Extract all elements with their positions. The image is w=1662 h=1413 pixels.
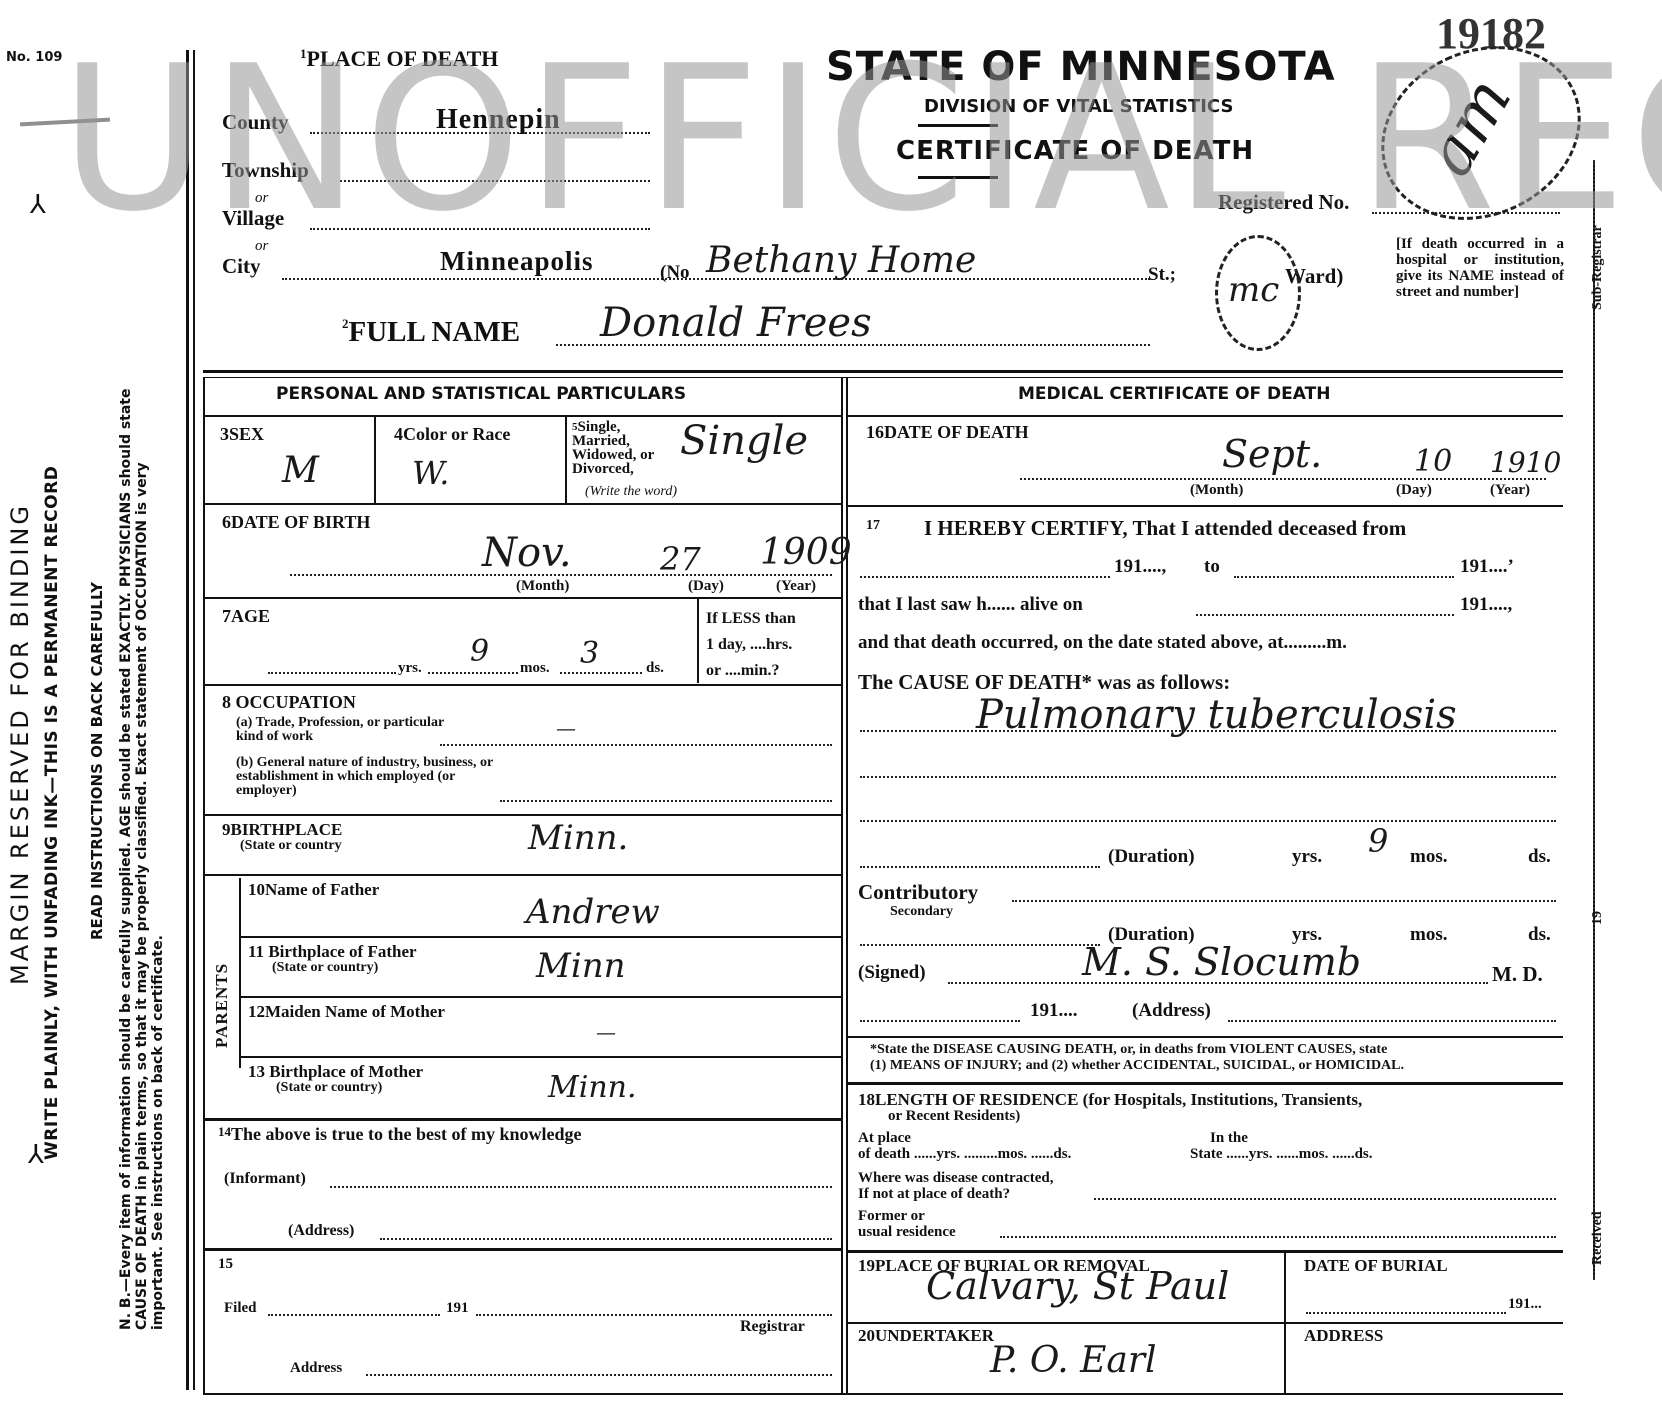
marital-hint: (Write the word) — [585, 484, 677, 500]
rule — [848, 415, 1563, 417]
ward-stamp-value: mc — [1228, 270, 1279, 310]
right-margin-line — [1593, 160, 1595, 1280]
former-residence-line[interactable] — [1000, 1236, 1556, 1238]
rule — [697, 599, 699, 683]
nb-note: N. B.—Every item of information should b… — [118, 389, 166, 1331]
duration2-mos-label: mos. — [1410, 924, 1447, 946]
column-divider — [846, 377, 848, 1395]
township-label: Township — [222, 158, 309, 183]
binding-mark-icon: ⅄ — [30, 190, 46, 220]
age-ds-value[interactable]: 3 — [580, 636, 599, 671]
bottom-rule — [203, 1393, 1563, 1395]
marital-label: 5Single, Married, Widowed, or Divorced, — [572, 420, 682, 476]
signed-year: 191.... — [1030, 1000, 1078, 1022]
less-than-day: If LESS than 1 day, ....hrs. or ....min.… — [706, 606, 796, 684]
burial-date-line[interactable] — [1306, 1312, 1506, 1314]
rule — [205, 1248, 841, 1251]
rule — [205, 415, 841, 417]
dod-month[interactable]: Sept. — [1222, 432, 1322, 476]
column-divider — [841, 377, 843, 1395]
rule — [205, 684, 841, 686]
contracted-label: Where was disease contracted, If not at … — [858, 1170, 1054, 1202]
parents-bracket — [239, 878, 241, 1068]
filed-address-line[interactable] — [366, 1374, 832, 1376]
occupation-a-label: (a) Trade, Profession, or particular kin… — [236, 716, 466, 744]
or-label: or — [255, 238, 268, 255]
birthplace-value[interactable]: Minn. — [528, 818, 628, 858]
occupation-b-line[interactable] — [500, 800, 832, 802]
residence-hint2: or Recent Residents) — [888, 1108, 1020, 1125]
last-saw-year: 191...., — [1460, 594, 1512, 616]
duration2-line[interactable] — [860, 944, 1100, 946]
margin-reserved-text: MARGIN RESERVED FOR BINDING — [6, 503, 34, 985]
received-label: Received — [1590, 1211, 1606, 1265]
mother-name-value[interactable]: — — [596, 1020, 616, 1044]
contributory-line[interactable] — [1012, 900, 1556, 902]
county-value[interactable]: Hennepin — [436, 104, 561, 136]
rule — [205, 814, 841, 816]
city-label: City — [222, 254, 261, 279]
rule — [565, 417, 567, 503]
signed-value[interactable]: M. S. Slocumb — [1082, 940, 1361, 984]
informant-line[interactable] — [330, 1186, 832, 1188]
rule — [848, 1036, 1563, 1038]
cert-year-b: 191....’ — [1460, 556, 1514, 578]
mother-birthplace-value[interactable]: Minn. — [548, 1070, 637, 1105]
duration-ds-label: ds. — [1528, 846, 1551, 868]
cert-to-label: to — [1204, 556, 1220, 578]
medical-heading: MEDICAL CERTIFICATE OF DEATH — [1018, 384, 1330, 404]
filed-num: 15 — [218, 1256, 233, 1273]
contracted-line[interactable] — [1094, 1198, 1556, 1200]
read-instructions-text: READ INSTRUCTIONS ON BACK CAREFULLY — [88, 582, 106, 940]
city-value[interactable]: Minneapolis — [440, 246, 594, 277]
last-saw-label: that I last saw h...... alive on — [858, 594, 1083, 616]
last-saw-line[interactable] — [1196, 614, 1454, 616]
dod-year[interactable]: 1910 — [1490, 446, 1561, 479]
dod-line — [1020, 478, 1546, 480]
dob-label: 6DATE OF BIRTH — [222, 512, 370, 533]
mother-name-label: 12Maiden Name of Mother — [248, 1002, 445, 1022]
sex-label: 3SEX — [220, 424, 264, 445]
signed-date-line[interactable] — [860, 1020, 1020, 1022]
or-label: or — [255, 190, 268, 207]
dob-month[interactable]: Nov. — [482, 530, 572, 576]
cause-value[interactable]: Pulmonary tuberculosis — [976, 692, 1457, 738]
street-value[interactable]: Bethany Home — [706, 240, 976, 281]
father-name-label: 10Name of Father — [248, 880, 379, 900]
hospital-note: [If death occurred in a hospital or inst… — [1396, 236, 1564, 300]
burial-place-value[interactable]: Calvary, St Paul — [926, 1264, 1229, 1308]
age-mos-value[interactable]: 9 — [470, 634, 489, 669]
division-title: DIVISION OF VITAL STATISTICS — [924, 96, 1233, 117]
residence-label: 18LENGTH OF RESIDENCE (for Hospitals, In… — [858, 1090, 1362, 1110]
dod-month-label: (Month) — [1190, 482, 1243, 499]
burial-date-label: DATE OF BURIAL — [1304, 1256, 1448, 1276]
birthplace-hint: (State or country — [240, 838, 342, 854]
occupation-a-value[interactable]: — — [556, 716, 576, 740]
state-title: STATE OF MINNESOTA — [826, 44, 1336, 90]
rule — [241, 1056, 841, 1058]
burial-date-year: 191... — [1508, 1296, 1542, 1313]
age-yrs-label: yrs. — [398, 660, 422, 677]
duration2-ds-label: ds. — [1528, 924, 1551, 946]
village-line[interactable] — [310, 228, 650, 230]
undertaker-address-label: ADDRESS — [1304, 1326, 1383, 1346]
write-plainly-text: WRITE PLAINLY, WITH UNFADING INK—THIS IS… — [42, 466, 62, 1160]
left-border — [186, 50, 189, 1390]
dod-year-label: (Year) — [1490, 482, 1530, 499]
age-ds-label: ds. — [646, 660, 664, 677]
informant-label: (Informant) — [224, 1170, 306, 1188]
undertaker-label: 20UNDERTAKER — [858, 1326, 994, 1346]
rule — [205, 503, 841, 505]
binding-mark-icon: ⅄ — [28, 1140, 44, 1170]
age-ds-line — [560, 672, 642, 674]
street-label: St.; — [1148, 264, 1176, 286]
dod-day[interactable]: 10 — [1414, 444, 1452, 479]
duration-mos-value[interactable]: 9 — [1368, 822, 1388, 860]
father-birthplace-label: 11 Birthplace of Father — [248, 942, 417, 962]
filed-year: 191 — [446, 1300, 469, 1317]
form-number: No. 109 — [6, 50, 62, 65]
father-birthplace-hint: (State or country) — [272, 960, 378, 976]
cert-line1: I HEREBY CERTIFY, That I attended deceas… — [924, 516, 1406, 541]
registrar-label: Registrar — [740, 1318, 805, 1336]
dod-day-label: (Day) — [1396, 482, 1432, 499]
full-name-label: 2FULL NAME — [342, 316, 520, 349]
footnote: *State the DISEASE CAUSING DEATH, or, in… — [870, 1042, 1404, 1074]
title-rule — [918, 176, 998, 179]
rule — [205, 1118, 841, 1121]
dob-year[interactable]: 1909 — [760, 532, 852, 573]
contributory-label: Contributory — [858, 880, 978, 905]
sub-registrar-label: Sub-Registrar — [1590, 225, 1606, 310]
parents-label: PARENTS — [212, 963, 232, 1048]
month-label: (Month) — [516, 578, 569, 595]
duration-line — [860, 866, 1100, 868]
attended-from-line[interactable] — [860, 576, 1110, 578]
day-label: (Day) — [688, 578, 724, 595]
scratch-mark — [20, 118, 110, 127]
county-label: County — [222, 110, 289, 135]
year-prefix-label: 19 — [1590, 911, 1606, 925]
informant-address-line[interactable] — [380, 1238, 832, 1240]
cert-num: 17 — [866, 518, 880, 534]
informant-address-label: (Address) — [288, 1222, 354, 1240]
personal-heading: PERSONAL AND STATISTICAL PARTICULARS — [276, 384, 686, 404]
marital-value[interactable]: Single — [680, 418, 808, 464]
race-value[interactable]: W. — [412, 454, 449, 492]
rule — [241, 936, 841, 938]
filed-date-line[interactable] — [268, 1314, 440, 1316]
filed-label: Filed — [224, 1300, 257, 1317]
occupation-label: 8 OCCUPATION — [222, 692, 356, 713]
mother-birthplace-label: 13 Birthplace of Mother — [248, 1062, 423, 1082]
age-mos-label: mos. — [520, 660, 550, 677]
rule — [205, 874, 841, 876]
duration-label: (Duration) — [1108, 846, 1195, 868]
left-border-inner — [193, 50, 195, 1390]
village-label: Village — [222, 206, 284, 231]
informant-statement: 14The above is true to the best of my kn… — [218, 1124, 581, 1145]
rule — [241, 996, 841, 998]
cause-line-3[interactable] — [860, 820, 1556, 822]
race-label: 4Color or Race — [394, 424, 510, 445]
md-label: M. D. — [1492, 962, 1543, 987]
address-label: (Address) — [1132, 1000, 1211, 1022]
rule — [374, 417, 376, 503]
age-mos-line — [428, 672, 518, 674]
rule — [205, 597, 841, 599]
in-state-label: In the State ......yrs. ......mos. .....… — [1210, 1130, 1373, 1162]
section-top-rule — [203, 370, 1563, 373]
duration-yrs-label: yrs. — [1292, 846, 1322, 868]
father-birthplace-value[interactable]: Minn — [536, 946, 625, 986]
dob-day[interactable]: 27 — [660, 540, 701, 578]
dod-label: 16DATE OF DEATH — [866, 422, 1029, 443]
sex-value[interactable]: M — [282, 450, 319, 491]
age-yrs-line[interactable] — [268, 672, 396, 674]
certificate-title: CERTIFICATE OF DEATH — [896, 136, 1254, 166]
age-label: 7AGE — [222, 606, 270, 627]
occupation-b-label: (b) General nature of industry, business… — [236, 756, 506, 798]
duration-mos-label: mos. — [1410, 846, 1447, 868]
attended-to-line[interactable] — [1234, 576, 1454, 578]
secondary-label: Secondary — [890, 904, 953, 920]
filed-signature-line[interactable] — [476, 1314, 832, 1316]
rule — [848, 505, 1563, 507]
undertaker-value[interactable]: P. O. Earl — [990, 1340, 1157, 1381]
filed-address-label: Address — [290, 1360, 342, 1377]
father-name-value[interactable]: Andrew — [526, 892, 660, 932]
signed-label: (Signed) — [858, 962, 926, 984]
rule — [848, 1082, 1563, 1085]
cause-line-2[interactable] — [860, 776, 1556, 778]
section-top-rule-inner — [203, 377, 1563, 378]
mother-birthplace-hint: (State or country) — [276, 1080, 382, 1096]
year-label: (Year) — [776, 578, 816, 595]
left-column-border — [203, 377, 205, 1395]
at-place-label: At place of death ......yrs. .........mo… — [858, 1130, 1071, 1162]
street-no-label: (No — [660, 262, 690, 284]
rule — [848, 1250, 1563, 1253]
cert-year-a: 191...., — [1114, 556, 1166, 578]
birthplace-label: 9BIRTHPLACE — [222, 820, 342, 840]
full-name-value[interactable]: Donald Frees — [600, 300, 872, 346]
occupation-a-line — [440, 744, 832, 746]
place-of-death-heading: 1PLACE OF DEATH — [300, 46, 498, 72]
title-rule — [918, 124, 998, 127]
address-line[interactable] — [1228, 1020, 1556, 1022]
former-residence-label: Former or usual residence — [858, 1208, 956, 1240]
rule — [848, 1322, 1563, 1324]
township-line[interactable] — [340, 180, 650, 182]
death-time-label: and that death occurred, on the date sta… — [858, 632, 1347, 654]
registered-no-label: Registered No. — [1218, 190, 1349, 215]
